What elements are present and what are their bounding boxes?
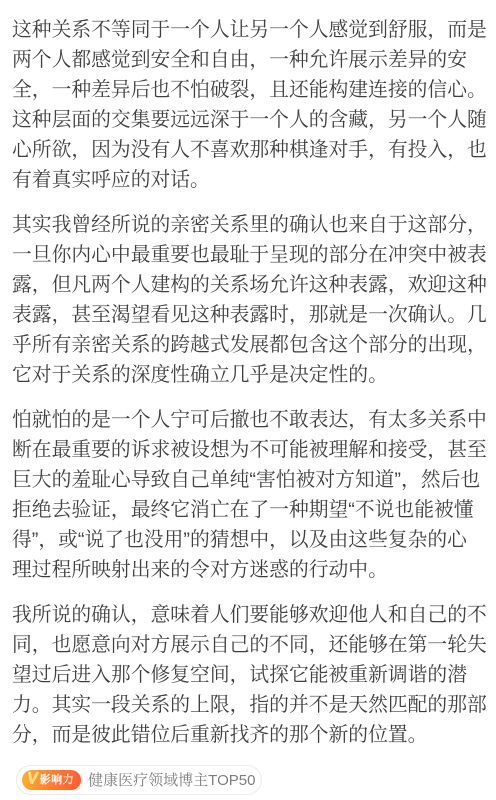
post-page: 这种关系不等同于一个人让另一个人感觉到舒服，而是 两个人都感觉到安全和自由，一种…: [0, 0, 496, 800]
post-paragraph-2: 其实我曾经所说的亲密关系里的确认也来自于这部分， 一旦你内心中最重要也最耻于呈现…: [12, 210, 487, 390]
post-article: 这种关系不等同于一个人让另一个人感觉到舒服，而是 两个人都感觉到安全和自由，一种…: [0, 0, 496, 795]
post-paragraph-3: 怕就怕的是一个人宁可后撤也不敢表达，有太多关系中 断在最重要的诉求被设想为不可能…: [12, 405, 487, 585]
badge-title-label: 健康医疗领域博主TOP50: [88, 773, 255, 788]
honor-badge-row: V 影响力 健康医疗领域博主TOP50: [16, 765, 487, 795]
post-paragraph-4: 我所说的确认，意味着人们要能够欢迎他人和自己的不 同，也愿意向对方展示自己的不同…: [12, 600, 487, 750]
post-paragraph-1: 这种关系不等同于一个人让另一个人感觉到舒服，而是 两个人都感觉到安全和自由，一种…: [12, 15, 487, 195]
v-influence-logo-icon: V 影响力: [22, 770, 81, 790]
v-influence-label: 影响力: [40, 775, 75, 786]
influence-badge[interactable]: V 影响力 健康医疗领域博主TOP50: [16, 765, 262, 795]
v-letter: V: [27, 771, 38, 787]
